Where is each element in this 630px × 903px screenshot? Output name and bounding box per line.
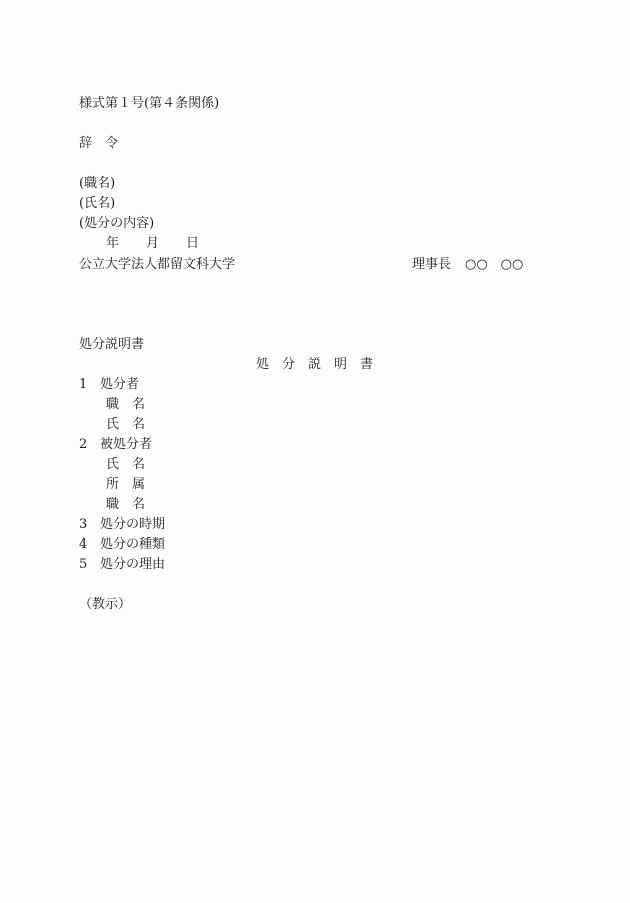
field-disposition-content: (処分の内容) (79, 216, 154, 232)
date-month: 月 (146, 236, 159, 252)
item-number-2: 2 (79, 437, 87, 453)
item-label-disposed-person: 被処分者 (100, 437, 152, 453)
date-year: 年 (106, 236, 119, 252)
sub-item-affiliation: 所 属 (106, 477, 145, 493)
field-job-title: (職名) (79, 176, 115, 192)
sub-item-job-title: 職 名 (106, 497, 145, 513)
item-label-disposition-timing: 処分の時期 (100, 517, 165, 533)
item-label-disposition-reason: 処分の理由 (100, 557, 165, 573)
signer-name: ○○ ○○ (465, 257, 523, 273)
sub-item-name: 氏 名 (106, 457, 145, 473)
item-number-3: 3 (79, 517, 87, 533)
signer-title: 理事長 (412, 257, 451, 273)
item-label-disposition-type: 処分の種類 (100, 537, 165, 553)
form-header: 様式第１号(第４条関係) (79, 96, 219, 112)
explanation-centered-title: 処 分 説 明 書 (256, 357, 373, 373)
notice-label: （教示） (79, 597, 131, 613)
item-number-1: 1 (79, 377, 87, 393)
issuer-name: 公立大学法人都留文科大学 (79, 257, 235, 273)
sub-item-job-title: 職 名 (106, 397, 145, 413)
item-number-5: 5 (79, 557, 87, 573)
item-label-disposer: 処分者 (100, 377, 139, 393)
field-name: (氏名) (79, 196, 115, 212)
jirei-title: 辞 令 (79, 136, 118, 152)
sub-item-name: 氏 名 (106, 417, 145, 433)
date-day: 日 (186, 236, 199, 252)
explanation-section-label: 処分説明書 (79, 337, 144, 353)
item-number-4: 4 (79, 537, 87, 553)
